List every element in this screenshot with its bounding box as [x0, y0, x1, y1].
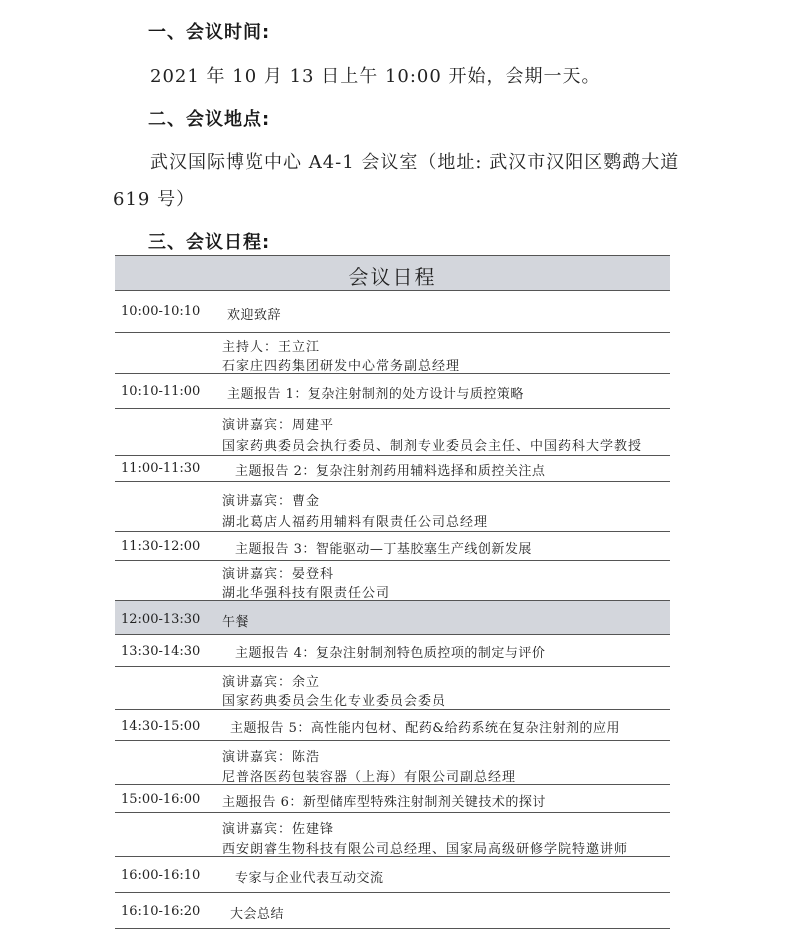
row-time: 10:10-11:00: [121, 384, 200, 399]
row-time: 16:00-16:10: [121, 868, 200, 883]
row-role: 演讲嘉宾：陈浩: [222, 746, 320, 765]
row-time: 15:00-16:00: [121, 792, 200, 807]
row-role: 演讲嘉宾：曹金: [222, 490, 320, 509]
table-row: 16:10-16:20 大会总结: [115, 893, 670, 929]
row-title: 主题报告 2：复杂注射剂药用辅料选择和质控关注点: [235, 460, 545, 479]
row-affiliation: 石家庄四药集团研发中心常务副总经理: [222, 355, 460, 374]
table-row: 11:00-11:30 主题报告 2：复杂注射剂药用辅料选择和质控关注点: [115, 456, 670, 482]
section-heading-schedule: 三、会议日程:: [148, 228, 270, 254]
row-title: 主题报告 1：复杂注射制剂的处方设计与质控策略: [227, 383, 524, 402]
row-title: 主题报告 4：复杂注射制剂特色质控项的制定与评价: [235, 642, 545, 661]
table-row-detail: 演讲嘉宾：曹金 湖北葛店人福药用辅料有限责任公司总经理: [115, 482, 670, 532]
row-affiliation: 尼普洛医药包装容器（上海）有限公司副总经理: [222, 766, 516, 785]
venue-text-line2: 619 号）: [113, 185, 195, 211]
table-row: 14:30-15:00 主题报告 5：高性能内包材、配药&给药系统在复杂注射剂的…: [115, 710, 670, 741]
row-affiliation: 西安朗睿生物科技有限公司总经理、国家局高级研修学院特邀讲师: [222, 838, 628, 857]
row-title: 欢迎致辞: [227, 304, 281, 323]
section-heading-time: 一、会议时间:: [148, 18, 270, 44]
row-affiliation: 湖北葛店人福药用辅料有限责任公司总经理: [222, 511, 488, 530]
row-role: 演讲嘉宾：晏登科: [222, 563, 334, 582]
row-affiliation: 国家药典委员会执行委员、制剂专业委员会主任、中国药科大学教授: [222, 435, 642, 454]
meeting-time-text: 2021 年 10 月 13 日上午 10:00 开始，会期一天。: [150, 62, 601, 88]
row-title: 主题报告 6：新型储库型特殊注射制剂关键技术的探讨: [222, 791, 546, 810]
row-title: 专家与企业代表互动交流: [235, 867, 384, 886]
row-time: 10:00-10:10: [121, 304, 200, 319]
row-title: 主题报告 5：高性能内包材、配药&给药系统在复杂注射剂的应用: [230, 717, 620, 736]
row-title: 主题报告 3：智能驱动—丁基胶塞生产线创新发展: [235, 538, 532, 557]
table-row: 10:00-10:10 欢迎致辞: [115, 291, 670, 333]
schedule-table-title: 会议日程: [115, 261, 670, 290]
table-row-detail: 演讲嘉宾：周建平 国家药典委员会执行委员、制剂专业委员会主任、中国药科大学教授: [115, 409, 670, 456]
row-affiliation: 湖北华强科技有限责任公司: [222, 582, 390, 601]
schedule-table-header: 会议日程: [115, 255, 670, 291]
table-row-detail: 演讲嘉宾：晏登科 湖北华强科技有限责任公司: [115, 561, 670, 601]
table-row: 16:00-16:10 专家与企业代表互动交流: [115, 857, 670, 893]
row-role: 演讲嘉宾：余立: [222, 671, 320, 690]
row-role: 演讲嘉宾：周建平: [222, 414, 334, 433]
row-time: 11:30-12:00: [121, 539, 200, 554]
table-row-detail: 演讲嘉宾：余立 国家药典委员会生化专业委员会委员: [115, 667, 670, 710]
table-row: 10:10-11:00 主题报告 1：复杂注射制剂的处方设计与质控策略: [115, 374, 670, 409]
row-role: 演讲嘉宾：佐建锋: [222, 818, 334, 837]
row-time: 16:10-16:20: [121, 904, 200, 919]
table-row: 11:30-12:00 主题报告 3：智能驱动—丁基胶塞生产线创新发展: [115, 532, 670, 561]
table-row: 13:30-14:30 主题报告 4：复杂注射制剂特色质控项的制定与评价: [115, 635, 670, 667]
row-time: 14:30-15:00: [121, 719, 200, 734]
venue-text-line1: 武汉国际博览中心 A4-1 会议室（地址: 武汉市汉阳区鹦鹉大道: [150, 148, 679, 174]
row-time: 12:00-13:30: [121, 612, 200, 627]
row-title: 午餐: [222, 611, 249, 630]
row-time: 11:00-11:30: [121, 461, 200, 476]
section-heading-venue: 二、会议地点:: [148, 105, 270, 131]
table-row-detail: 演讲嘉宾：陈浩 尼普洛医药包装容器（上海）有限公司副总经理: [115, 741, 670, 785]
table-row-lunch: 12:00-13:30 午餐: [115, 601, 670, 635]
row-time: 13:30-14:30: [121, 644, 200, 659]
table-row-detail: 演讲嘉宾：佐建锋 西安朗睿生物科技有限公司总经理、国家局高级研修学院特邀讲师: [115, 813, 670, 857]
table-row-detail: 主持人：王立江 石家庄四药集团研发中心常务副总经理: [115, 333, 670, 374]
table-row: 15:00-16:00 主题报告 6：新型储库型特殊注射制剂关键技术的探讨: [115, 785, 670, 813]
row-role: 主持人：王立江: [222, 336, 320, 355]
row-title: 大会总结: [230, 903, 284, 922]
row-affiliation: 国家药典委员会生化专业委员会委员: [222, 690, 446, 709]
